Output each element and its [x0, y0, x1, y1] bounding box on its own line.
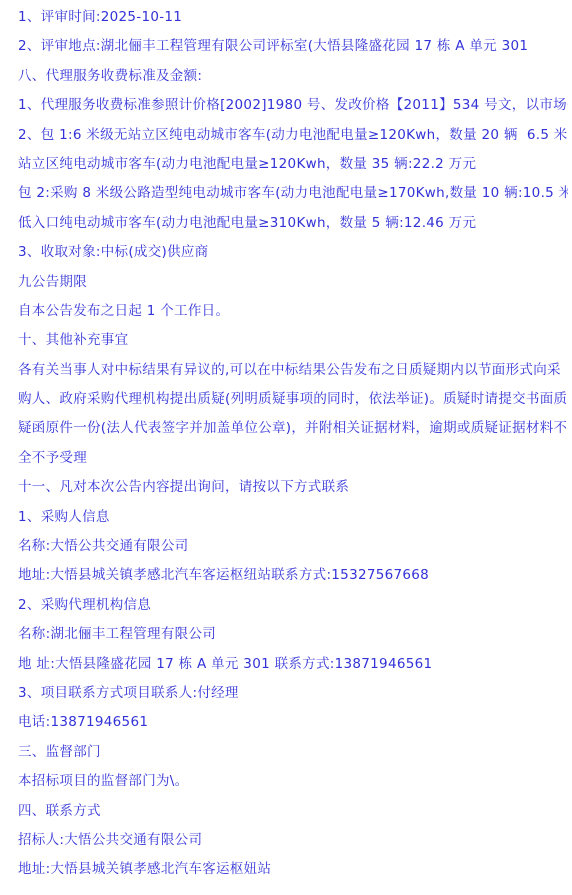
text-line: 购人、政府采购代理机构提出质疑(列明质疑事项的同时，依法举证)。质疑时请提交书面… [18, 385, 568, 414]
text-line: 名称:大悟公共交通有限公司 [18, 532, 568, 561]
text-line: 3、项目联系方式项目联系人:付经理 [18, 679, 568, 708]
text-line: 电话:13871946561 [18, 708, 568, 737]
text-line: 3、收取对象:中标(成交)供应商 [18, 238, 568, 267]
text-line: 名称:湖北俪丰工程管理有限公司 [18, 620, 568, 649]
text-line: 疑函原件一份(法人代表签字并加盖单位公章)，并附相关证据材料，逾期或质疑证据材料… [18, 414, 568, 443]
text-line: 1、评审时间:2025-10-11 [18, 3, 568, 32]
text-line: 四、联系方式 [18, 797, 568, 826]
text-line: 十、其他补充事宜 [18, 326, 568, 355]
text-line: 全不予受理 [18, 444, 568, 473]
text-line: 三、监督部门 [18, 738, 568, 767]
text-line: 自本公告发布之日起 1 个工作日。 [18, 297, 568, 326]
text-line: 1、采购人信息 [18, 503, 568, 532]
text-line: 本招标项目的监督部门为\。 [18, 767, 568, 796]
text-line: 2、包 1:6 米级无站立区纯电动城市客车(动力电池配电量≥120Kwh，数量 … [18, 121, 568, 150]
text-line: 八、代理服务收费标准及金额: [18, 62, 568, 91]
text-line: 招标人:大悟公共交通有限公司 [18, 826, 568, 855]
text-line: 各有关当事人对中标结果有异议的,可以在中标结果公告发布之日质疑期内以节面形式向采 [18, 356, 568, 385]
text-line: 九公告期限 [18, 268, 568, 297]
text-line: 2、评审地点:湖北俪丰工程管理有限公司评标室(大悟县隆盛花园 17 栋 A 单元… [18, 32, 568, 61]
text-line: 站立区纯电动城市客车(动力电池配电量≥120Kwh，数量 35 辆:22.2 万… [18, 150, 568, 179]
text-line: 2、采购代理机构信息 [18, 591, 568, 620]
text-line: 1、代理服务收费标准参照计价格[2002]1980 号、发改价格【2011】53… [18, 91, 568, 120]
text-line: 十一、凡对本次公告内容提出询问，请按以下方式联系 [18, 473, 568, 502]
text-line: 低入口纯电动城市客车(动力电池配电量≥310Kwh，数量 5 辆:12.46 万… [18, 209, 568, 238]
text-line: 地 址:大悟县隆盛花园 17 栋 A 单元 301 联系方式:138719465… [18, 650, 568, 679]
text-line: 地址:大悟县城关镇孝感北汽车客运枢妞站 [18, 855, 568, 884]
text-line: 包 2:采购 8 米级公路造型纯电动城市客车(动力电池配电量≥170Kwh,数量… [18, 179, 568, 208]
document-body: 1、评审时间:2025-10-112、评审地点:湖北俪丰工程管理有限公司评标室(… [0, 0, 572, 895]
text-line: 地址:大悟县城关镇孝感北汽车客运枢纽站联系方式:15327567668 [18, 561, 568, 590]
